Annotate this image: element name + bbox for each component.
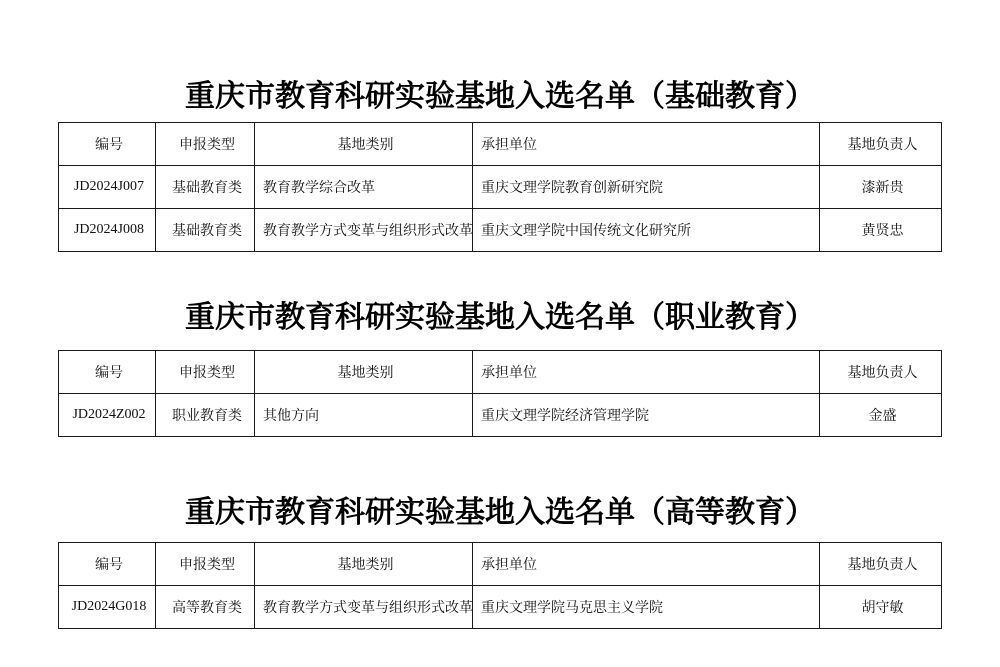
column-header-undertaking-unit: 承担单位 bbox=[473, 543, 820, 586]
section-title-higher-education: 重庆市教育科研实验基地入选名单（高等教育） bbox=[0, 495, 1000, 531]
column-header-base-leader: 基地负责人 bbox=[820, 351, 942, 394]
cell-base-leader: 漆新贵 bbox=[820, 166, 942, 209]
column-header-undertaking-unit: 承担单位 bbox=[473, 123, 820, 166]
cell-id: JD2024G018 bbox=[59, 586, 156, 629]
cell-base-leader: 黄贤忠 bbox=[820, 209, 942, 252]
section-title-vocational-education: 重庆市教育科研实验基地入选名单（职业教育） bbox=[0, 300, 1000, 336]
column-header-base-leader: 基地负责人 bbox=[820, 543, 942, 586]
cell-application-type: 高等教育类 bbox=[156, 586, 255, 629]
table-header-row: 编号 申报类型 基地类别 承担单位 基地负责人 bbox=[59, 543, 942, 586]
column-header-base-category: 基地类别 bbox=[255, 351, 473, 394]
table-header-row: 编号 申报类型 基地类别 承担单位 基地负责人 bbox=[59, 123, 942, 166]
table-row: JD2024G018 高等教育类 教育教学方式变革与组织形式改革 重庆文理学院马… bbox=[59, 586, 942, 629]
column-header-application-type: 申报类型 bbox=[156, 351, 255, 394]
column-header-base-category: 基地类别 bbox=[255, 543, 473, 586]
cell-base-category: 教育教学综合改革 bbox=[255, 166, 473, 209]
column-header-id: 编号 bbox=[59, 351, 156, 394]
base-table-vocational-education: 编号 申报类型 基地类别 承担单位 基地负责人 JD2024Z002 职业教育类… bbox=[58, 350, 942, 437]
column-header-undertaking-unit: 承担单位 bbox=[473, 351, 820, 394]
cell-application-type: 基础教育类 bbox=[156, 166, 255, 209]
cell-undertaking-unit: 重庆文理学院马克思主义学院 bbox=[473, 586, 820, 629]
column-header-id: 编号 bbox=[59, 123, 156, 166]
cell-base-leader: 金盛 bbox=[820, 394, 942, 437]
cell-base-category: 教育教学方式变革与组织形式改革 bbox=[255, 586, 473, 629]
column-header-base-leader: 基地负责人 bbox=[820, 123, 942, 166]
column-header-base-category: 基地类别 bbox=[255, 123, 473, 166]
cell-base-category: 其他方向 bbox=[255, 394, 473, 437]
table-row: JD2024J007 基础教育类 教育教学综合改革 重庆文理学院教育创新研究院 … bbox=[59, 166, 942, 209]
table-row: JD2024J008 基础教育类 教育教学方式变革与组织形式改革 重庆文理学院中… bbox=[59, 209, 942, 252]
cell-undertaking-unit: 重庆文理学院中国传统文化研究所 bbox=[473, 209, 820, 252]
cell-id: JD2024J008 bbox=[59, 209, 156, 252]
cell-id: JD2024J007 bbox=[59, 166, 156, 209]
column-header-id: 编号 bbox=[59, 543, 156, 586]
cell-application-type: 职业教育类 bbox=[156, 394, 255, 437]
cell-base-leader: 胡守敏 bbox=[820, 586, 942, 629]
table-row: JD2024Z002 职业教育类 其他方向 重庆文理学院经济管理学院 金盛 bbox=[59, 394, 942, 437]
cell-id: JD2024Z002 bbox=[59, 394, 156, 437]
base-table-basic-education: 编号 申报类型 基地类别 承担单位 基地负责人 JD2024J007 基础教育类… bbox=[58, 122, 942, 252]
cell-undertaking-unit: 重庆文理学院教育创新研究院 bbox=[473, 166, 820, 209]
table-header-row: 编号 申报类型 基地类别 承担单位 基地负责人 bbox=[59, 351, 942, 394]
cell-application-type: 基础教育类 bbox=[156, 209, 255, 252]
cell-base-category: 教育教学方式变革与组织形式改革 bbox=[255, 209, 473, 252]
document-page: 重庆市教育科研实验基地入选名单（基础教育） 编号 申报类型 基地类别 承担单位 … bbox=[0, 0, 1000, 667]
column-header-application-type: 申报类型 bbox=[156, 123, 255, 166]
cell-undertaking-unit: 重庆文理学院经济管理学院 bbox=[473, 394, 820, 437]
column-header-application-type: 申报类型 bbox=[156, 543, 255, 586]
base-table-higher-education: 编号 申报类型 基地类别 承担单位 基地负责人 JD2024G018 高等教育类… bbox=[58, 542, 942, 629]
section-title-basic-education: 重庆市教育科研实验基地入选名单（基础教育） bbox=[0, 79, 1000, 115]
